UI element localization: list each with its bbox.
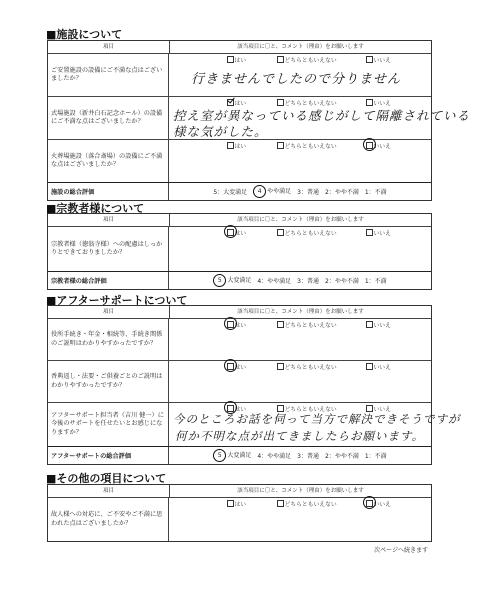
handwritten-comment: 今のところお話を伺って当方で解決できそうですが — [173, 411, 461, 427]
answer-cell: はい どちらともいえない いいえ — [169, 498, 431, 541]
checkbox-icon — [227, 142, 234, 149]
table-header: 項目 該当項目に〇と、コメント（理由）をお願いします — [48, 306, 431, 318]
answer-cell: はい どちらともいえない いいえ 行きませんでしたので分りません — [169, 54, 431, 96]
instruction-header: 該当項目に〇と、コメント（理由）をお願いします — [170, 306, 431, 318]
option-neutral[interactable]: どちらともいえない — [277, 141, 337, 150]
handwritten-comment: 行きませんでしたので分りません — [191, 68, 401, 87]
summary-label: アフターサポートの総合評価 — [48, 447, 169, 464]
checkbox-icon — [227, 500, 234, 507]
option-neutral[interactable]: どちらともいえない — [277, 228, 337, 237]
question-text: 香典返し・法要・ご供養ごとのご説明はわかりやすかったですか？ — [48, 361, 169, 402]
circle-mark-icon — [227, 363, 234, 370]
checkbox-icon — [366, 363, 373, 370]
instruction-header: 該当項目に〇と、コメント（理由）をお願いします — [170, 485, 431, 497]
summary-row: 施設の総合評価 5：大変満足 4やや満足 3：普通 2：やや不満 1：不満 — [48, 182, 431, 200]
rating-2[interactable]: 2：やや不満 — [325, 187, 359, 196]
question-row: 式場施設（新井白石記念ホール）の設備にご不満な点はございましたか？ はい どちら… — [48, 96, 431, 139]
rating-2[interactable]: 2：やや不満 — [325, 451, 359, 460]
rating-4[interactable]: 4：やや満足 — [257, 276, 291, 285]
rating-3[interactable]: 3：普通 — [297, 451, 319, 460]
summary-row: アフターサポートの総合評価 5大変満足 4：やや満足 3：普通 2：やや不満 1… — [48, 446, 431, 464]
checkmark-icon — [227, 99, 234, 106]
option-no[interactable]: いいえ — [366, 362, 391, 371]
summary-row: 宗教者様の総合評価 5大変満足 4：やや満足 3：普通 2：やや不満 1：不満 — [48, 271, 431, 289]
answer-cell: はい どちらともいえない いいえ — [169, 361, 431, 402]
checkbox-icon — [277, 229, 284, 236]
religious-table: 項目 該当項目に〇と、コメント（理由）をお願いします 宗教者様（徳翁寺様）への配… — [47, 213, 432, 290]
circle-mark-icon — [227, 321, 234, 328]
item-col-header: 項目 — [48, 214, 170, 226]
rating-2[interactable]: 2：やや不満 — [325, 276, 359, 285]
option-yes[interactable]: はい — [227, 55, 246, 64]
instruction-header: 該当項目に〇と、コメント（理由）をお願いします — [170, 41, 431, 53]
option-neutral[interactable]: どちらともいえない — [277, 55, 337, 64]
handwritten-comment: 様な気がした。 — [173, 122, 268, 140]
summary-label: 施設の総合評価 — [48, 183, 169, 200]
checkbox-icon — [277, 321, 284, 328]
answer-cell: はい どちらともいえない いいえ 今のところお話を伺って当方で解決できそうですが… — [169, 403, 431, 446]
rating-3[interactable]: 3：普通 — [297, 276, 319, 285]
question-text: 役所手続き・年金・相続等、手続き関係のご説明はわかりやすかったですか？ — [48, 319, 169, 360]
option-no[interactable]: いいえ — [366, 228, 391, 237]
question-text: 故人様への対応に、ご不安やご不満に思われた点はございましたか？ — [48, 498, 169, 541]
option-no[interactable]: いいえ — [366, 320, 391, 329]
checkbox-icon — [277, 363, 284, 370]
option-yes[interactable]: はい — [227, 499, 246, 508]
circle-mark-icon: 5 — [213, 274, 226, 287]
checkbox-icon — [277, 142, 284, 149]
item-col-header: 項目 — [48, 306, 170, 318]
question-row: 役所手続き・年金・相続等、手続き関係のご説明はわかりやすかったですか？ はい ど… — [48, 318, 431, 360]
item-col-header: 項目 — [48, 41, 170, 53]
question-row: アフターサポート担当者（吉川 健一）に今後のサポートを任せたいとお感じになります… — [48, 402, 431, 446]
checkbox-icon — [277, 56, 284, 63]
rating-scale: 5：大変満足 4やや満足 3：普通 2：やや不満 1：不満 — [169, 183, 431, 200]
question-row: 香典返し・法要・ご供養ごとのご説明はわかりやすかったですか？ はい どちらともい… — [48, 360, 431, 402]
circle-mark-icon — [366, 142, 373, 149]
answer-cell: はい どちらともいえない いいえ — [169, 227, 431, 271]
option-yes[interactable]: はい — [227, 228, 246, 237]
facilities-table: 項目 該当項目に〇と、コメント（理由）をお願いします ご安置施設の設備にご不満な… — [47, 40, 432, 201]
question-text: 式場施設（新井白石記念ホール）の設備にご不満な点はございましたか？ — [48, 97, 169, 139]
option-no[interactable]: いいえ — [366, 141, 391, 150]
question-row: 火葬場施設（落合斎場）の設備にご不満な点はございましたか？ はい どちらともいえ… — [48, 139, 431, 182]
rating-1[interactable]: 1：不満 — [365, 451, 387, 460]
circle-mark-icon: 4 — [253, 185, 266, 198]
option-no[interactable]: いいえ — [366, 499, 391, 508]
summary-label: 宗教者様の総合評価 — [48, 272, 169, 289]
question-row: ご安置施設の設備にご不満な点はございましたか？ はい どちらともいえない いいえ… — [48, 53, 431, 96]
item-col-header: 項目 — [48, 485, 170, 497]
checkbox-icon — [366, 56, 373, 63]
option-neutral[interactable]: どちらともいえない — [277, 320, 337, 329]
question-text: 火葬場施設（落合斎場）の設備にご不満な点はございましたか？ — [48, 140, 169, 182]
option-neutral[interactable]: どちらともいえない — [277, 362, 337, 371]
option-yes[interactable]: はい — [227, 141, 246, 150]
checkbox-icon — [277, 99, 284, 106]
rating-5[interactable]: 5大変満足 — [213, 449, 251, 462]
option-neutral[interactable]: どちらともいえない — [277, 499, 337, 508]
table-header: 項目 該当項目に〇と、コメント（理由）をお願いします — [48, 41, 431, 53]
checkbox-icon — [277, 500, 284, 507]
instruction-header: 該当項目に〇と、コメント（理由）をお願いします — [170, 214, 431, 226]
circle-mark-icon — [366, 500, 373, 507]
question-text: 宗教者様（徳翁寺様）への配慮はしっかりとできておりましたか？ — [48, 227, 169, 271]
handwritten-comment: 何か不明な点が出てきましたらお願います。 — [175, 428, 424, 444]
checkbox-icon — [366, 99, 373, 106]
question-row: 宗教者様（徳翁寺様）への配慮はしっかりとできておりましたか？ はい どちらともい… — [48, 226, 431, 271]
circle-mark-icon: 5 — [213, 449, 226, 462]
after-support-table: 項目 該当項目に〇と、コメント（理由）をお願いします 役所手続き・年金・相続等、… — [47, 305, 432, 465]
checkbox-icon — [366, 321, 373, 328]
question-row: 故人様への対応に、ご不安やご不満に思われた点はございましたか？ はい どちらとも… — [48, 497, 431, 541]
checkbox-icon — [366, 229, 373, 236]
other-table: 項目 該当項目に〇と、コメント（理由）をお願いします 故人様への対応に、ご不安や… — [47, 484, 432, 542]
answer-cell: はい どちらともいえない いいえ — [169, 140, 431, 182]
question-text: ご安置施設の設備にご不満な点はございましたか？ — [48, 54, 169, 96]
rating-scale: 5大変満足 4：やや満足 3：普通 2：やや不満 1：不満 — [169, 447, 431, 464]
answer-cell: はい どちらともいえない いいえ — [169, 319, 431, 360]
option-yes[interactable]: はい — [227, 320, 246, 329]
checkbox-icon — [227, 56, 234, 63]
rating-5[interactable]: 5：大変満足 — [213, 187, 247, 196]
rating-4[interactable]: 4：やや満足 — [257, 451, 291, 460]
circle-mark-icon — [227, 229, 234, 236]
option-no[interactable]: いいえ — [366, 55, 391, 64]
continued-next-page-note: 次ページへ続きます — [374, 545, 428, 554]
rating-5[interactable]: 5大変満足 — [213, 274, 251, 287]
option-yes[interactable]: はい — [227, 362, 246, 371]
table-header: 項目 該当項目に〇と、コメント（理由）をお願いします — [48, 214, 431, 226]
rating-scale: 5大変満足 4：やや満足 3：普通 2：やや不満 1：不満 — [169, 272, 431, 289]
question-text: アフターサポート担当者（吉川 健一）に今後のサポートを任せたいとお感じになります… — [48, 403, 169, 446]
rating-4[interactable]: 4やや満足 — [253, 185, 291, 198]
rating-3[interactable]: 3：普通 — [297, 187, 319, 196]
rating-1[interactable]: 1：不満 — [365, 187, 387, 196]
answer-cell: はい どちらともいえない いいえ 控え室が異なっている感じがして隔離されている … — [169, 97, 431, 139]
rating-1[interactable]: 1：不満 — [365, 276, 387, 285]
table-header: 項目 該当項目に〇と、コメント（理由）をお願いします — [48, 485, 431, 497]
